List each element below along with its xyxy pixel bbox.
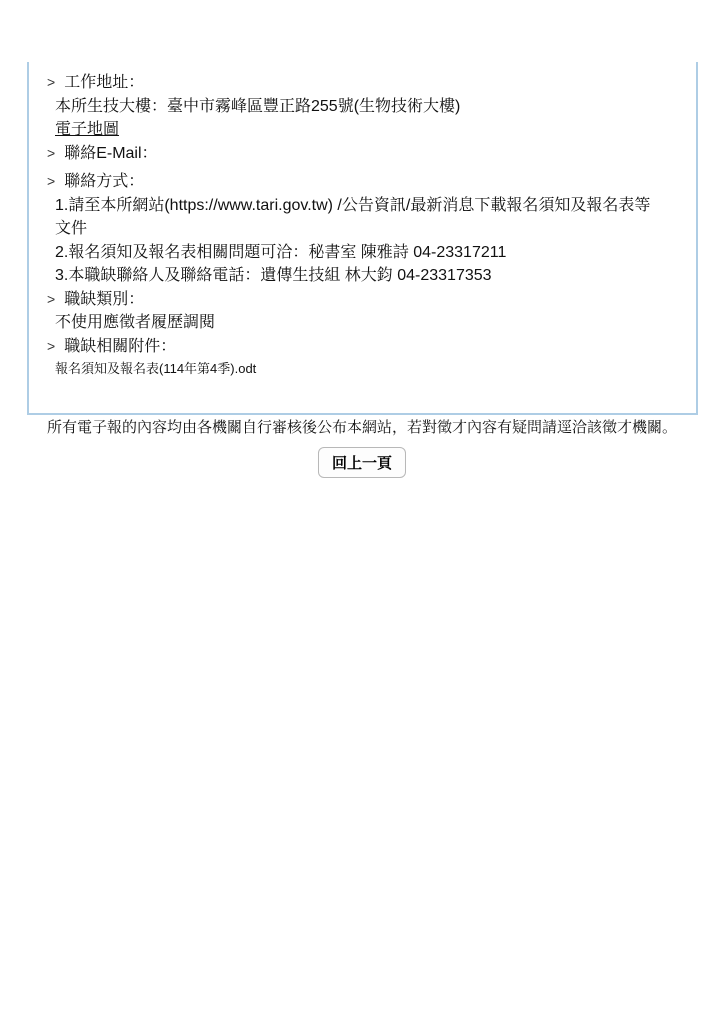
field-contact-method-content: 1.請至本所網站(https://www.tari.gov.tw) /公告資訊/… — [29, 194, 696, 288]
field-work-address-content: 本所生技大樓：臺中市霧峰區豐正路255號(生物技術大樓) 電子地圖 — [29, 95, 696, 142]
item-marker-icon: > — [47, 142, 55, 166]
attachment-file-link[interactable]: 報名須知及報名表(114年第4季).odt — [55, 358, 690, 379]
field-label-contact-method: 聯絡方式： — [64, 173, 144, 190]
footer-notice: 所有電子報的內容均由各機關自行審核後公布本網站，若對徵才內容有疑問請逕洽該徵才機… — [0, 417, 724, 439]
field-contact-email-head: >聯絡E-Mail： — [29, 142, 696, 166]
field-job-category-head: >職缺類別： — [29, 288, 696, 312]
electronic-map-link[interactable]: 電子地圖 — [55, 121, 119, 138]
item-marker-icon: > — [47, 71, 55, 95]
field-label-contact-email: 聯絡E-Mail： — [64, 145, 157, 162]
field-label-job-category: 職缺類別： — [64, 291, 144, 308]
job-category-value: 不使用應徵者履歷調閱 — [55, 311, 690, 335]
contact-method-line-4: 3.本職缺聯絡人及聯絡電話：遺傳生技組 林大鈞 04-23317353 — [55, 264, 690, 288]
field-attachment-content: 報名須知及報名表(114年第4季).odt — [29, 358, 696, 379]
contact-method-line-3: 2.報名須知及報名表相關問題可洽：秘書室 陳雅詩 04-23317211 — [55, 241, 690, 265]
item-marker-icon: > — [47, 288, 55, 312]
contact-method-line-1: 1.請至本所網站(https://www.tari.gov.tw) /公告資訊/… — [55, 194, 690, 218]
job-detail-panel: >工作地址： 本所生技大樓：臺中市霧峰區豐正路255號(生物技術大樓) 電子地圖… — [27, 62, 698, 415]
field-work-address-head: >工作地址： — [29, 71, 696, 95]
field-label-work-address: 工作地址： — [64, 74, 144, 91]
field-attachment-head: >職缺相關附件： — [29, 335, 696, 359]
item-marker-icon: > — [47, 170, 55, 194]
contact-method-line-2: 文件 — [55, 217, 690, 241]
back-button[interactable]: 回上一頁 — [318, 447, 406, 478]
map-link-line: 電子地圖 — [55, 118, 690, 142]
field-job-category-content: 不使用應徵者履歷調閱 — [29, 311, 696, 335]
item-marker-icon: > — [47, 335, 55, 359]
field-label-attachment: 職缺相關附件： — [64, 338, 176, 355]
work-address-value: 本所生技大樓：臺中市霧峰區豐正路255號(生物技術大樓) — [55, 95, 690, 119]
field-contact-method-head: >聯絡方式： — [29, 170, 696, 194]
